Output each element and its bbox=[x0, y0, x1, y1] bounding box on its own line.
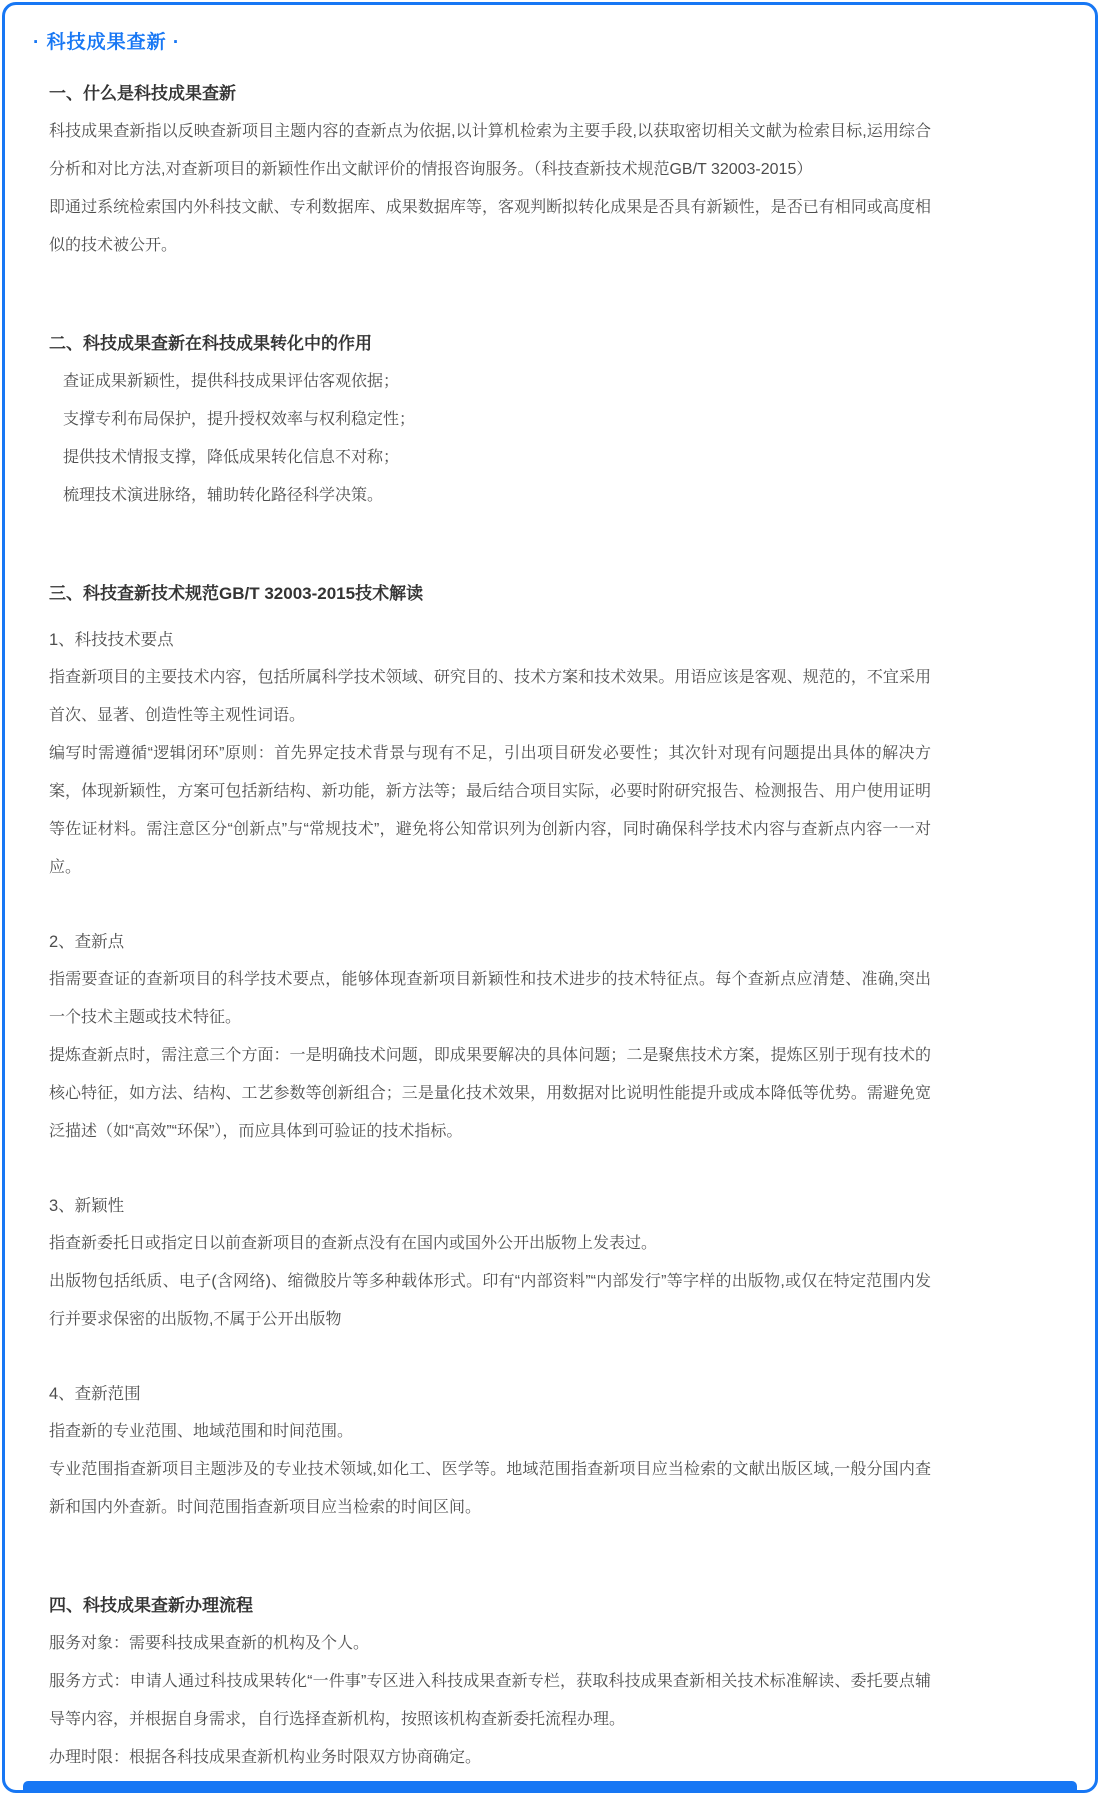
bottom-accent-bar bbox=[23, 1781, 1077, 1790]
section-heading-process: 四、科技成果查新办理流程 bbox=[49, 1587, 931, 1625]
subsection-heading-novelty-points: 2、查新点 bbox=[49, 923, 931, 961]
paragraph: 办理时限：根据各科技成果查新机构业务时限双方协商确定。 bbox=[49, 1739, 931, 1777]
paragraph: 出版物包括纸质、电子(含网络)、缩微胶片等多种载体形式。印有“内部资料”“内部发… bbox=[49, 1263, 931, 1339]
paragraph: 提炼查新点时，需注意三个方面：一是明确技术问题，即成果要解决的具体问题；二是聚焦… bbox=[49, 1037, 931, 1151]
paragraph: 即通过系统检索国内外科技文献、专利数据库、成果数据库等，客观判断拟转化成果是否具… bbox=[49, 189, 931, 265]
paragraph: 指需要查证的查新项目的科学技术要点，能够体现查新项目新颖性和技术进步的技术特征点… bbox=[49, 961, 931, 1037]
bullet-item: 查证成果新颖性，提供科技成果评估客观依据； bbox=[49, 363, 931, 401]
section-heading-what-is: 一、什么是科技成果查新 bbox=[49, 75, 931, 113]
paragraph: 指查新委托日或指定日以前查新项目的查新点没有在国内或国外公开出版物上发表过。 bbox=[49, 1225, 931, 1263]
section-heading-role: 二、科技成果查新在科技成果转化中的作用 bbox=[49, 325, 931, 363]
subsection-heading-tech-points: 1、科技技术要点 bbox=[49, 621, 931, 659]
bullet-item: 支撑专利布局保护，提升授权效率与权利稳定性； bbox=[49, 401, 931, 439]
section-heading-standard: 三、科技查新技术规范GB/T 32003-2015技术解读 bbox=[49, 575, 931, 613]
bullet-item: 提供技术情报支撑，降低成果转化信息不对称； bbox=[49, 439, 931, 477]
paragraph: 指查新项目的主要技术内容，包括所属科学技术领域、研究目的、技术方案和技术效果。用… bbox=[49, 659, 931, 735]
paragraph: 服务方式：申请人通过科技成果转化“一件事”专区进入科技成果查新专栏，获取科技成果… bbox=[49, 1663, 931, 1739]
article-body: 一、什么是科技成果查新 科技成果查新指以反映查新项目主题内容的查新点为依据,以计… bbox=[49, 75, 931, 1777]
subsection-heading-novelty: 3、新颖性 bbox=[49, 1187, 931, 1225]
content-card: · 科技成果查新 · 一、什么是科技成果查新 科技成果查新指以反映查新项目主题内… bbox=[2, 2, 1098, 1793]
paragraph: 指查新的专业范围、地域范围和时间范围。 bbox=[49, 1413, 931, 1451]
paragraph: 科技成果查新指以反映查新项目主题内容的查新点为依据,以计算机检索为主要手段,以获… bbox=[49, 113, 931, 189]
subsection-heading-scope: 4、查新范围 bbox=[49, 1375, 931, 1413]
page-title: · 科技成果查新 · bbox=[33, 31, 1095, 55]
bullet-item: 梳理技术演进脉络，辅助转化路径科学决策。 bbox=[49, 477, 931, 515]
paragraph: 编写时需遵循“逻辑闭环”原则：首先界定技术背景与现有不足，引出项目研发必要性；其… bbox=[49, 735, 931, 887]
paragraph: 专业范围指查新项目主题涉及的专业技术领域,如化工、医学等。地域范围指查新项目应当… bbox=[49, 1451, 931, 1527]
paragraph: 服务对象：需要科技成果查新的机构及个人。 bbox=[49, 1625, 931, 1663]
